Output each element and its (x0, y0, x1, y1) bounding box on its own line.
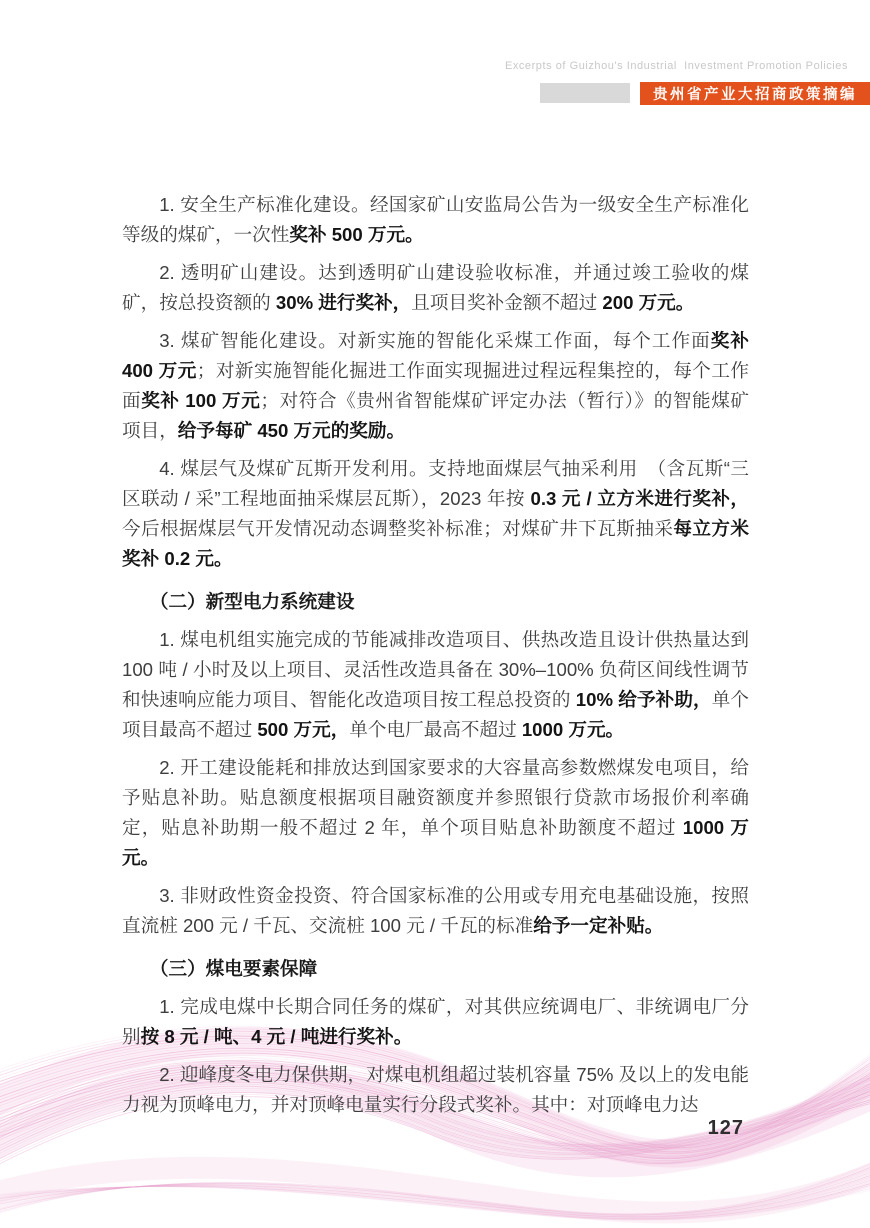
bold-text-run: 1000 万元。 (522, 719, 624, 740)
paragraph: 3. 煤矿智能化建设。对新实施的智能化采煤工作面，每个工作面奖补 400 万元；… (122, 326, 749, 446)
text-run: （三）煤电要素保障 (150, 958, 317, 979)
header-english-title: Excerpts of Guizhou's Industrial Investm… (505, 60, 848, 72)
paragraph: 3. 非财政性资金投资、符合国家标准的公用或专用充电基础设施，按照直流桩 200… (122, 881, 749, 941)
text-run: 1. 安全生产标准化建设。经国家矿山安监局公告为一级安全生产标准化等级的煤矿，一… (122, 194, 749, 245)
paragraph: 2. 开工建设能耗和排放达到国家要求的大容量高参数燃煤发电项目，给予贴息补助。贴… (122, 753, 749, 873)
text-run: 2. 迎峰度冬电力保供期，对煤电机组超过装机容量 75% 及以上的发电能力视为顶… (122, 1064, 749, 1115)
paragraph: 2. 迎峰度冬电力保供期，对煤电机组超过装机容量 75% 及以上的发电能力视为顶… (122, 1060, 749, 1120)
text-run: （二）新型电力系统建设 (150, 591, 355, 612)
bold-text-run: 10% 给予补助， (576, 689, 712, 710)
bold-text-run: 500 万元， (257, 719, 349, 740)
bold-text-run: 30% 进行奖补， (276, 292, 411, 313)
paragraph: 1. 煤电机组实施完成的节能减排改造项目、供热改造且设计供热量达到 100 吨 … (122, 625, 749, 745)
section-heading: （三）煤电要素保障 (122, 954, 749, 984)
text-run: 2. 开工建设能耗和排放达到国家要求的大容量高参数燃煤发电项目，给予贴息补助。贴… (122, 757, 749, 838)
paragraph: 1. 完成电煤中长期合同任务的煤矿，对其供应统调电厂、非统调电厂分别按 8 元 … (122, 992, 749, 1052)
document-page: Excerpts of Guizhou's Industrial Investm… (0, 0, 870, 1228)
document-body: 1. 安全生产标准化建设。经国家矿山安监局公告为一级安全生产标准化等级的煤矿，一… (122, 190, 749, 1128)
bold-text-run: 给予一定补贴。 (533, 915, 663, 936)
header-chinese-title: 贵州省产业大招商政策摘编 (653, 83, 857, 104)
text-run: 今后根据煤层气开发情况动态调整奖补标准；对煤矿井下瓦斯抽采 (122, 518, 673, 539)
text-run: 且项目奖补金额不超过 (411, 292, 602, 313)
paragraph: 2. 透明矿山建设。达到透明矿山建设验收标准，并通过竣工验收的煤矿，按总投资额的… (122, 258, 749, 318)
text-run: 单个电厂最高不超过 (349, 719, 522, 740)
bold-text-run: 奖补 500 万元。 (289, 224, 423, 245)
section-heading: （二）新型电力系统建设 (122, 587, 749, 617)
bold-text-run: 按 8 元 / 吨、4 元 / 吨进行奖补。 (141, 1026, 413, 1047)
bold-text-run: 奖补 100 万元 (141, 390, 260, 411)
paragraph: 4. 煤层气及煤矿瓦斯开发利用。支持地面煤层气抽采利用 （含瓦斯“三区联动 / … (122, 454, 749, 574)
header-title-banner: 贵州省产业大招商政策摘编 (640, 82, 870, 105)
page-number: 127 (708, 1117, 744, 1140)
header-gray-box (540, 83, 630, 103)
bold-text-run: 200 万元。 (602, 292, 694, 313)
bold-text-run: 0.3 元 / 立方米进行奖补， (531, 488, 750, 509)
bold-text-run: 给予每矿 450 万元的奖励。 (178, 420, 405, 441)
paragraph: 1. 安全生产标准化建设。经国家矿山安监局公告为一级安全生产标准化等级的煤矿，一… (122, 190, 749, 250)
text-run: 3. 煤矿智能化建设。对新实施的智能化采煤工作面，每个工作面 (159, 330, 711, 351)
